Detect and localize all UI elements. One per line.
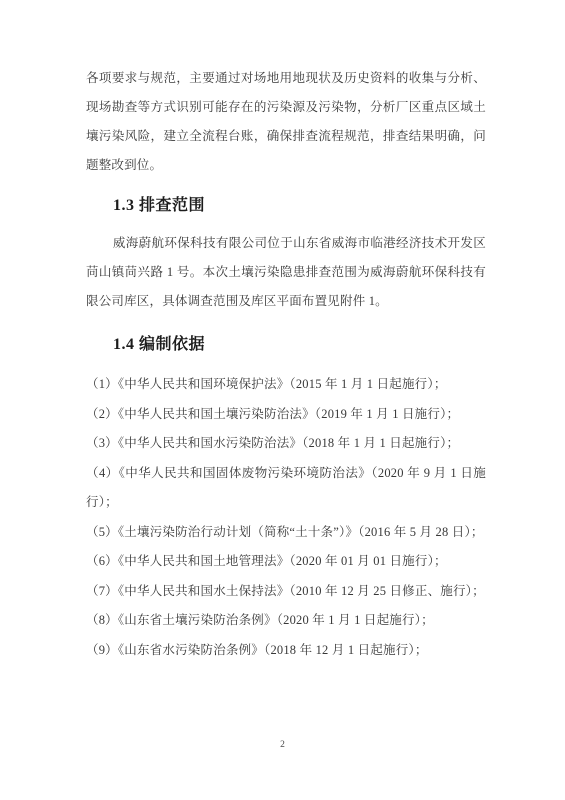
section-heading-1-3: 1.3 排查范围 [113,197,486,214]
list-item: （2）《中华人民共和国土壤污染防治法》（2019 年 1 月 1 日施行）； [86,400,486,430]
list-item: （6）《中华人民共和国土地管理法》（2020 年 01 月 01 日施行）； [86,547,486,577]
section-heading-1-4: 1.4 编制依据 [113,336,486,353]
section-1-3-paragraph: 威海蔚航环保科技有限公司位于山东省威海市临港经济技术开发区苘山镇苘兴路 1 号。… [86,229,486,316]
law-reference-list: （1）《中华人民共和国环境保护法》（2015 年 1 月 1 日起施行）； （2… [86,370,486,665]
list-item: （1）《中华人民共和国环境保护法》（2015 年 1 月 1 日起施行）； [86,370,486,400]
list-item: （9）《山东省水污染防治条例》（2018 年 12 月 1 日起施行）； [86,636,486,666]
list-item: （4）《中华人民共和国固体废物污染环境防治法》（2020 年 9 月 1 日施行… [86,459,486,518]
page-number: 2 [280,740,285,750]
document-page: 各项要求与规范，主要通过对场地用地现状及历史资料的收集与分析、现场勘查等方式识别… [0,0,565,800]
intro-paragraph: 各项要求与规范，主要通过对场地用地现状及历史资料的收集与分析、现场勘查等方式识别… [86,64,486,180]
list-item: （5）《土壤污染防治行动计划（简称“土十条”）》（2016 年 5 月 28 日… [86,518,486,548]
list-item: （7）《中华人民共和国水土保持法》（2010 年 12 月 25 日修正、施行）… [86,577,486,607]
list-item: （8）《山东省土壤污染防治条例》（2020 年 1 月 1 日起施行）； [86,606,486,636]
page-footer: 2 [0,734,565,752]
list-item: （3）《中华人民共和国水污染防治法》（2018 年 1 月 1 日起施行）； [86,429,486,459]
